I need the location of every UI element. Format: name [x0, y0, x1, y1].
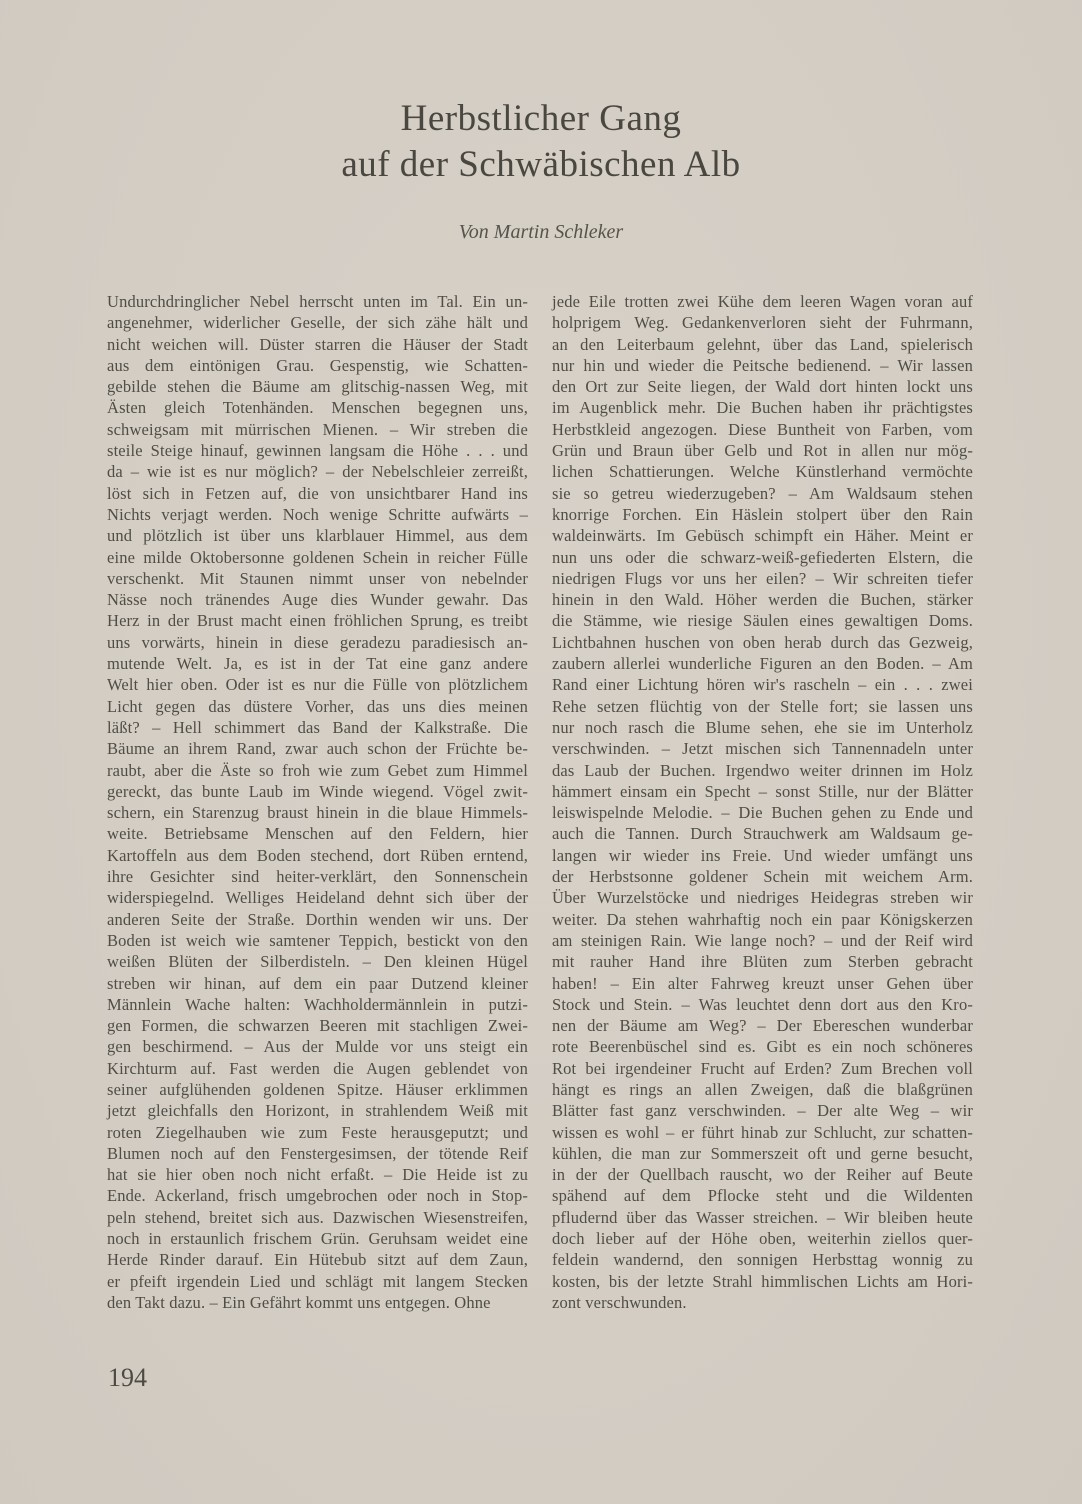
text-line: rote Beerenbüschel sind es. Gibt es ein … — [552, 1036, 973, 1057]
text-line: weite. Betriebsame Menschen auf den Feld… — [107, 823, 528, 844]
left-column: Undurchdringlicher Nebel herrscht unten … — [107, 291, 528, 1313]
text-line: kühlen, die man zur Sommerszeit oft und … — [552, 1143, 973, 1164]
text-line: Rehe setzen flüchtig von der Stelle fort… — [552, 696, 973, 717]
text-line: der Herbstsonne goldener Schein mit weic… — [552, 866, 973, 887]
text-line: langen wir wieder ins Freie. Und wieder … — [552, 845, 973, 866]
title-line-1: Herbstlicher Gang — [0, 96, 1082, 142]
text-line: am steinigen Rain. Wie lange noch? – und… — [552, 930, 973, 951]
text-line: Undurchdringlicher Nebel herrscht unten … — [107, 291, 528, 312]
text-line: und plötzlich ist über uns klarblauer Hi… — [107, 525, 528, 546]
text-line: mutende Welt. Ja, es ist in der Tat eine… — [107, 653, 528, 674]
text-line: auch die Tannen. Durch Strauchwerk am Wa… — [552, 823, 973, 844]
text-line: schweigsam mit mürrischen Mienen. – Wir … — [107, 419, 528, 440]
text-line: weiter. Da stehen wahrhaftig noch ein pa… — [552, 909, 973, 930]
text-line: Blätter fast ganz verschwinden. – Der al… — [552, 1100, 973, 1121]
text-line: Lichtbahnen huschen von oben herab durch… — [552, 632, 973, 653]
text-line: ihre Gesichter sind heiter-verklärt, den… — [107, 866, 528, 887]
text-line: roten Ziegelhauben wie zum Feste herausg… — [107, 1122, 528, 1143]
text-line: Nichts verjagt werden. Noch wenige Schri… — [107, 504, 528, 525]
text-line: an den Leiterbaum gelehnt, über das Land… — [552, 334, 973, 355]
text-line: jetzt gleichfalls den Horizont, in strah… — [107, 1100, 528, 1121]
text-line: hängt es rings an allen Zweigen, daß die… — [552, 1079, 973, 1100]
text-line: löst sich in Fetzen auf, die von unsicht… — [107, 483, 528, 504]
text-line: das Laub der Buchen. Irgendwo weiter dri… — [552, 760, 973, 781]
text-line: hämmert einsam ein Specht – sonst Stille… — [552, 781, 973, 802]
text-line: Kartoffeln aus dem Boden stechend, dort … — [107, 845, 528, 866]
text-line: er pfeift irgendein Lied und schlägt mit… — [107, 1271, 528, 1292]
right-column: jede Eile trotten zwei Kühe dem leeren W… — [552, 291, 973, 1313]
text-line: Ende. Ackerland, frisch umgebrochen oder… — [107, 1185, 528, 1206]
text-line: hinein in den Wald. Höher werden die Buc… — [552, 589, 973, 610]
text-line: weißen Blüten der Silberdisteln. – Den k… — [107, 951, 528, 972]
text-line: gereckt, das bunte Laub im Winde wiegend… — [107, 781, 528, 802]
text-line: lichen Schattierungen. Welche Künstlerha… — [552, 461, 973, 482]
text-line: verschwinden. – Jetzt mischen sich Tanne… — [552, 738, 973, 759]
text-line: noch in erstaunlich frischem Grün. Geruh… — [107, 1228, 528, 1249]
text-line: streben wir hinan, auf dem ein paar Dutz… — [107, 973, 528, 994]
text-line: nur hin und wieder die Peitsche bedienen… — [552, 355, 973, 376]
text-line: Nässe noch tränendes Auge dies Wunder ge… — [107, 589, 528, 610]
text-line: niedrigen Flugs vor uns her eilen? – Wir… — [552, 568, 973, 589]
title-line-2: auf der Schwäbischen Alb — [0, 142, 1082, 188]
text-line: nur noch rasch die Blume sehen, ehe sie … — [552, 717, 973, 738]
text-line: aus dem eintönigen Grau. Gespenstig, wie… — [107, 355, 528, 376]
text-line: gen beschirmend. – Aus der Mulde vor uns… — [107, 1036, 528, 1057]
text-line: den Ort zur Seite liegen, der Wald dort … — [552, 376, 973, 397]
text-line: gebilde stehen die Bäume am glitschig-na… — [107, 376, 528, 397]
text-line: anderen Seite der Straße. Dorthin wenden… — [107, 909, 528, 930]
text-line: spähend auf dem Pflocke steht und die Wi… — [552, 1185, 973, 1206]
text-line: Rot bei irgendeiner Frucht auf Erden? Zu… — [552, 1058, 973, 1079]
text-line: Männlein Wache halten: Wachholdermännlei… — [107, 994, 528, 1015]
text-line: leiswispelnde Melodie. – Die Buchen gehe… — [552, 802, 973, 823]
text-columns: Undurchdringlicher Nebel herrscht unten … — [107, 291, 973, 1313]
text-line: pfludernd über das Wasser streichen. – W… — [552, 1207, 973, 1228]
text-line: nen der Bäume am Weg? – Der Ebereschen w… — [552, 1015, 973, 1036]
text-line: wissen es wohl – er führt hinab zur Schl… — [552, 1122, 973, 1143]
text-line: Rand einer Lichtung hören wir's rascheln… — [552, 674, 973, 695]
text-line: sie so getreu wiederzugeben? – Am Waldsa… — [552, 483, 973, 504]
text-line: in der der Quellbach rauscht, wo der Rei… — [552, 1164, 973, 1185]
text-line: eine milde Oktobersonne goldenen Schein … — [107, 547, 528, 568]
text-line: gen Formen, die schwarzen Beeren mit sta… — [107, 1015, 528, 1036]
text-line: Kirchturm auf. Fast werden die Augen geb… — [107, 1058, 528, 1079]
text-line: nun uns oder die schwarz-weiß-gefiederte… — [552, 547, 973, 568]
text-line: Stock und Stein. – Was leuchtet denn dor… — [552, 994, 973, 1015]
text-line: läßt? – Hell schimmert das Band der Kalk… — [107, 717, 528, 738]
text-line: die Stämme, wie riesige Säulen eines gew… — [552, 610, 973, 631]
text-line: feldein wandernd, den sonnigen Herbsttag… — [552, 1249, 973, 1270]
text-line: Bäume an ihrem Rand, zwar auch schon der… — [107, 738, 528, 759]
text-line: Herbstkleid angezogen. Diese Buntheit vo… — [552, 419, 973, 440]
text-line: Grün und Braun über Gelb und Rot in alle… — [552, 440, 973, 461]
text-line: kosten, bis der letzte Strahl himmlische… — [552, 1271, 973, 1292]
text-line: steile Steige hinauf, gewinnen langsam d… — [107, 440, 528, 461]
text-line: knorrige Forchen. Ein Häslein stolpert ü… — [552, 504, 973, 525]
text-line: Boden ist weich wie samtener Teppich, be… — [107, 930, 528, 951]
text-line: Welt hier oben. Oder ist es nur die Füll… — [107, 674, 528, 695]
text-line: raubt, aber die Äste so froh wie zum Geb… — [107, 760, 528, 781]
text-line: verschenkt. Mit Staunen nimmt unser von … — [107, 568, 528, 589]
text-line: zont verschwunden. — [552, 1292, 973, 1313]
article-title: Herbstlicher Gang auf der Schwäbischen A… — [0, 96, 1082, 188]
text-line: doch lieber auf der Höhe oben, weiterhin… — [552, 1228, 973, 1249]
text-line: im Augenblick mehr. Die Buchen haben ihr… — [552, 397, 973, 418]
text-line: den Takt dazu. – Ein Gefährt kommt uns e… — [107, 1292, 528, 1313]
text-line: seiner aufglühenden goldenen Spitze. Häu… — [107, 1079, 528, 1100]
text-line: schern, ein Starenzug braust hinein in d… — [107, 802, 528, 823]
text-line: widerspiegelnd. Welliges Heideland dehnt… — [107, 887, 528, 908]
text-line: Herde Rinder darauf. Ein Hütebub sitzt a… — [107, 1249, 528, 1270]
text-line: waldeinwärts. Im Gebüsch schimpft ein Hä… — [552, 525, 973, 546]
text-line: nicht weichen will. Düster starren die H… — [107, 334, 528, 355]
text-line: haben! – Ein alter Fahrweg kreuzt unser … — [552, 973, 973, 994]
text-line: Blumen noch auf den Fenstergesimsen, der… — [107, 1143, 528, 1164]
text-line: Licht gegen das düstere Vorher, das uns … — [107, 696, 528, 717]
text-line: uns vorwärts, hinein in diese geradezu p… — [107, 632, 528, 653]
text-line: angenehmer, widerlicher Geselle, der sic… — [107, 312, 528, 333]
text-line: mit rauher Hand ihre Blüten zum Sterben … — [552, 951, 973, 972]
book-page: Herbstlicher Gang auf der Schwäbischen A… — [0, 0, 1082, 1504]
text-line: zaubern allerlei wunderliche Figuren an … — [552, 653, 973, 674]
text-line: holprigem Weg. Gedankenverloren sieht de… — [552, 312, 973, 333]
text-line: Herz in der Brust macht einen fröhlichen… — [107, 610, 528, 631]
text-line: da – wie ist es nur möglich? – der Nebel… — [107, 461, 528, 482]
text-line: Ästen gleich Totenhänden. Menschen begeg… — [107, 397, 528, 418]
text-line: jede Eile trotten zwei Kühe dem leeren W… — [552, 291, 973, 312]
page-number: 194 — [108, 1363, 147, 1393]
text-line: hat sie hier oben noch nicht erfaßt. – D… — [107, 1164, 528, 1185]
text-line: peln stehend, breitet sich aus. Dazwisch… — [107, 1207, 528, 1228]
byline: Von Martin Schleker — [0, 221, 1082, 244]
text-line: Über Wurzelstöcke und niedriges Heidegra… — [552, 887, 973, 908]
